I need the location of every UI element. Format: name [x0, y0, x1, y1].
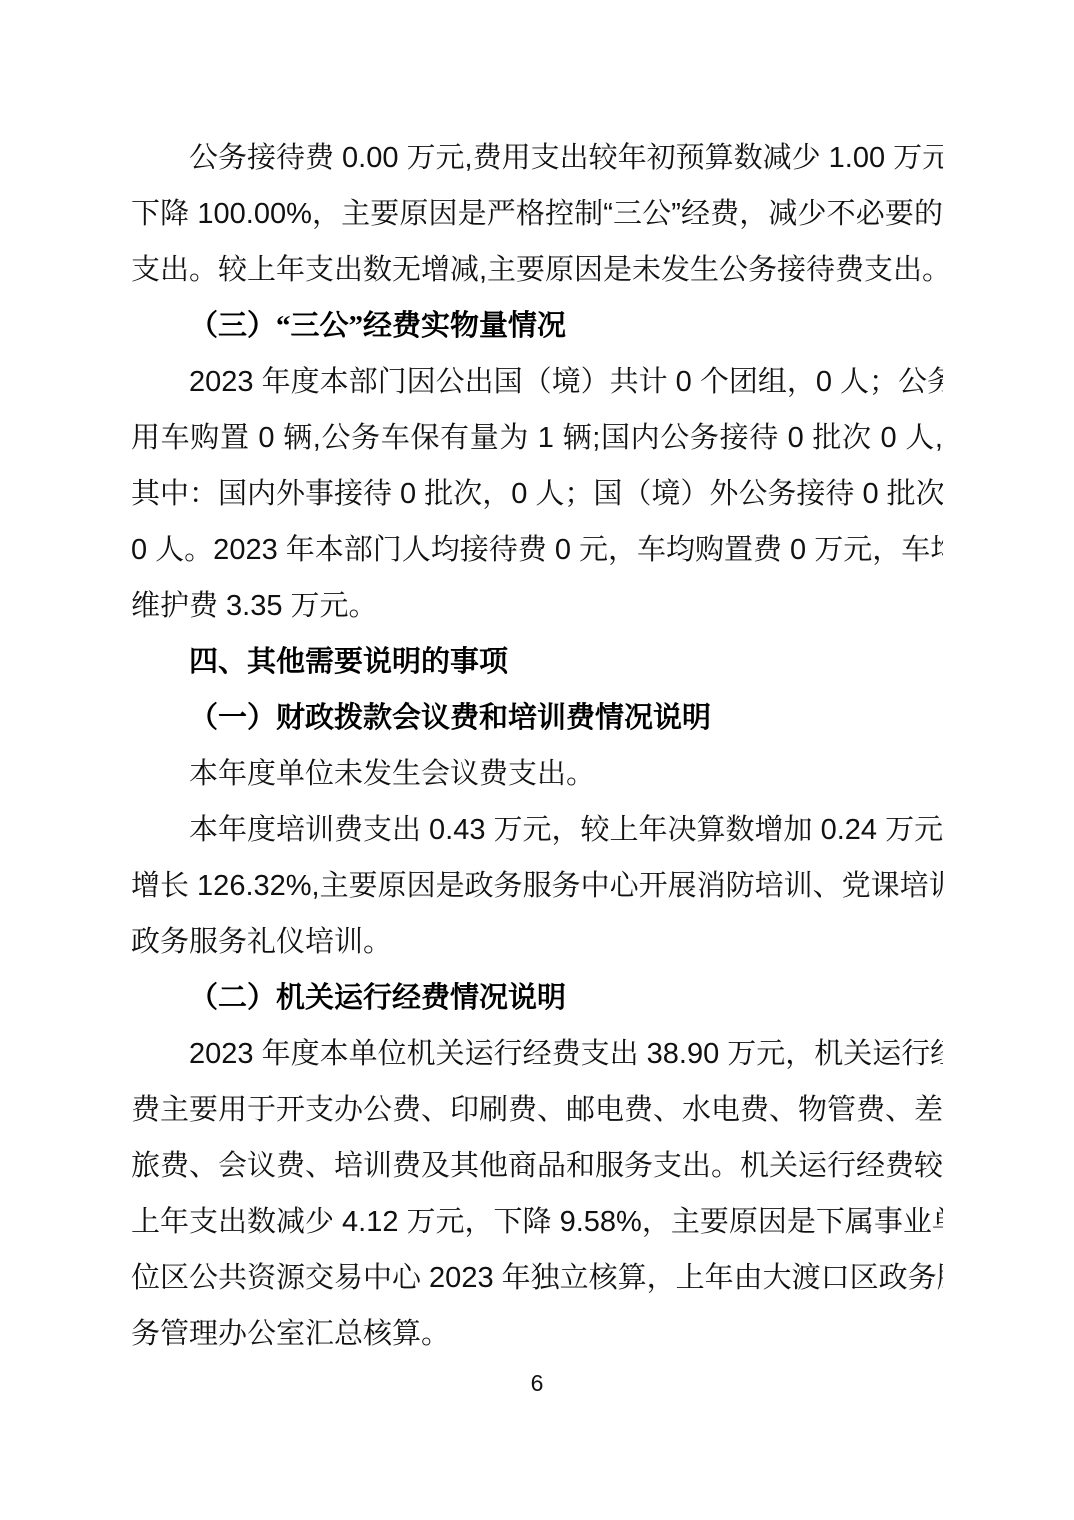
heading-meeting-training-fee: （一）财政拨款会议费和培训费情况说明: [131, 690, 943, 746]
heading-three-public-physical: （三）“三公”经费实物量情况: [131, 298, 943, 354]
paragraph-operating-line: 旅费、会议费、培训费及其他商品和服务支出。机关运行经费较: [131, 1138, 943, 1194]
paragraph-training-fee-line: 本年度培训费支出 0.43 万元，较上年决算数增加 0.24 万元，: [131, 802, 943, 858]
paragraph-operating-line: 位区公共资源交易中心 2023 年独立核算，上年由大渡口区政务服: [131, 1250, 943, 1306]
paragraph-physical-line: 维护费 3.35 万元。: [131, 578, 943, 634]
paragraph-training-fee-line: 政务服务礼仪培训。: [131, 914, 943, 970]
paragraph-physical-line: 0 人。2023 年本部门人均接待费 0 元，车均购置费 0 万元，车均: [131, 522, 943, 578]
paragraph-operating-line: 务管理办公室汇总核算。: [131, 1306, 943, 1362]
document-text-block: 公务接待费 0.00 万元,费用支出较年初预算数减少 1.00 万元, 下降 1…: [131, 130, 943, 1362]
document-page: 公务接待费 0.00 万元,费用支出较年初预算数减少 1.00 万元, 下降 1…: [0, 0, 1074, 1520]
paragraph-physical-line: 其中：国内外事接待 0 批次，0 人；国（境）外公务接待 0 批次，: [131, 466, 943, 522]
paragraph-training-fee-line: 增长 126.32%,主要原因是政务服务中心开展消防培训、党课培训、: [131, 858, 943, 914]
heading-operating-expense: （二）机关运行经费情况说明: [131, 970, 943, 1026]
paragraph-reception-line: 下降 100.00%，主要原因是严格控制“三公”经费，减少不必要的: [131, 186, 943, 242]
paragraph-reception-line: 支出。较上年支出数无增减,主要原因是未发生公务接待费支出。: [131, 242, 943, 298]
paragraph-operating-line: 费主要用于开支办公费、印刷费、邮电费、水电费、物管费、差: [131, 1082, 943, 1138]
paragraph-physical-line: 用车购置 0 辆,公务车保有量为 1 辆;国内公务接待 0 批次 0 人,: [131, 410, 943, 466]
page-number: 6: [0, 1368, 1074, 1398]
paragraph-operating-line: 2023 年度本单位机关运行经费支出 38.90 万元，机关运行经: [131, 1026, 943, 1082]
paragraph-no-meeting-fee-line: 本年度单位未发生会议费支出。: [131, 746, 943, 802]
heading-other-matters: 四、其他需要说明的事项: [131, 634, 943, 690]
paragraph-reception-line: 公务接待费 0.00 万元,费用支出较年初预算数减少 1.00 万元,: [131, 130, 943, 186]
paragraph-operating-line: 上年支出数减少 4.12 万元，下降 9.58%，主要原因是下属事业单: [131, 1194, 943, 1250]
paragraph-physical-line: 2023 年度本部门因公出国（境）共计 0 个团组，0 人；公务: [131, 354, 943, 410]
